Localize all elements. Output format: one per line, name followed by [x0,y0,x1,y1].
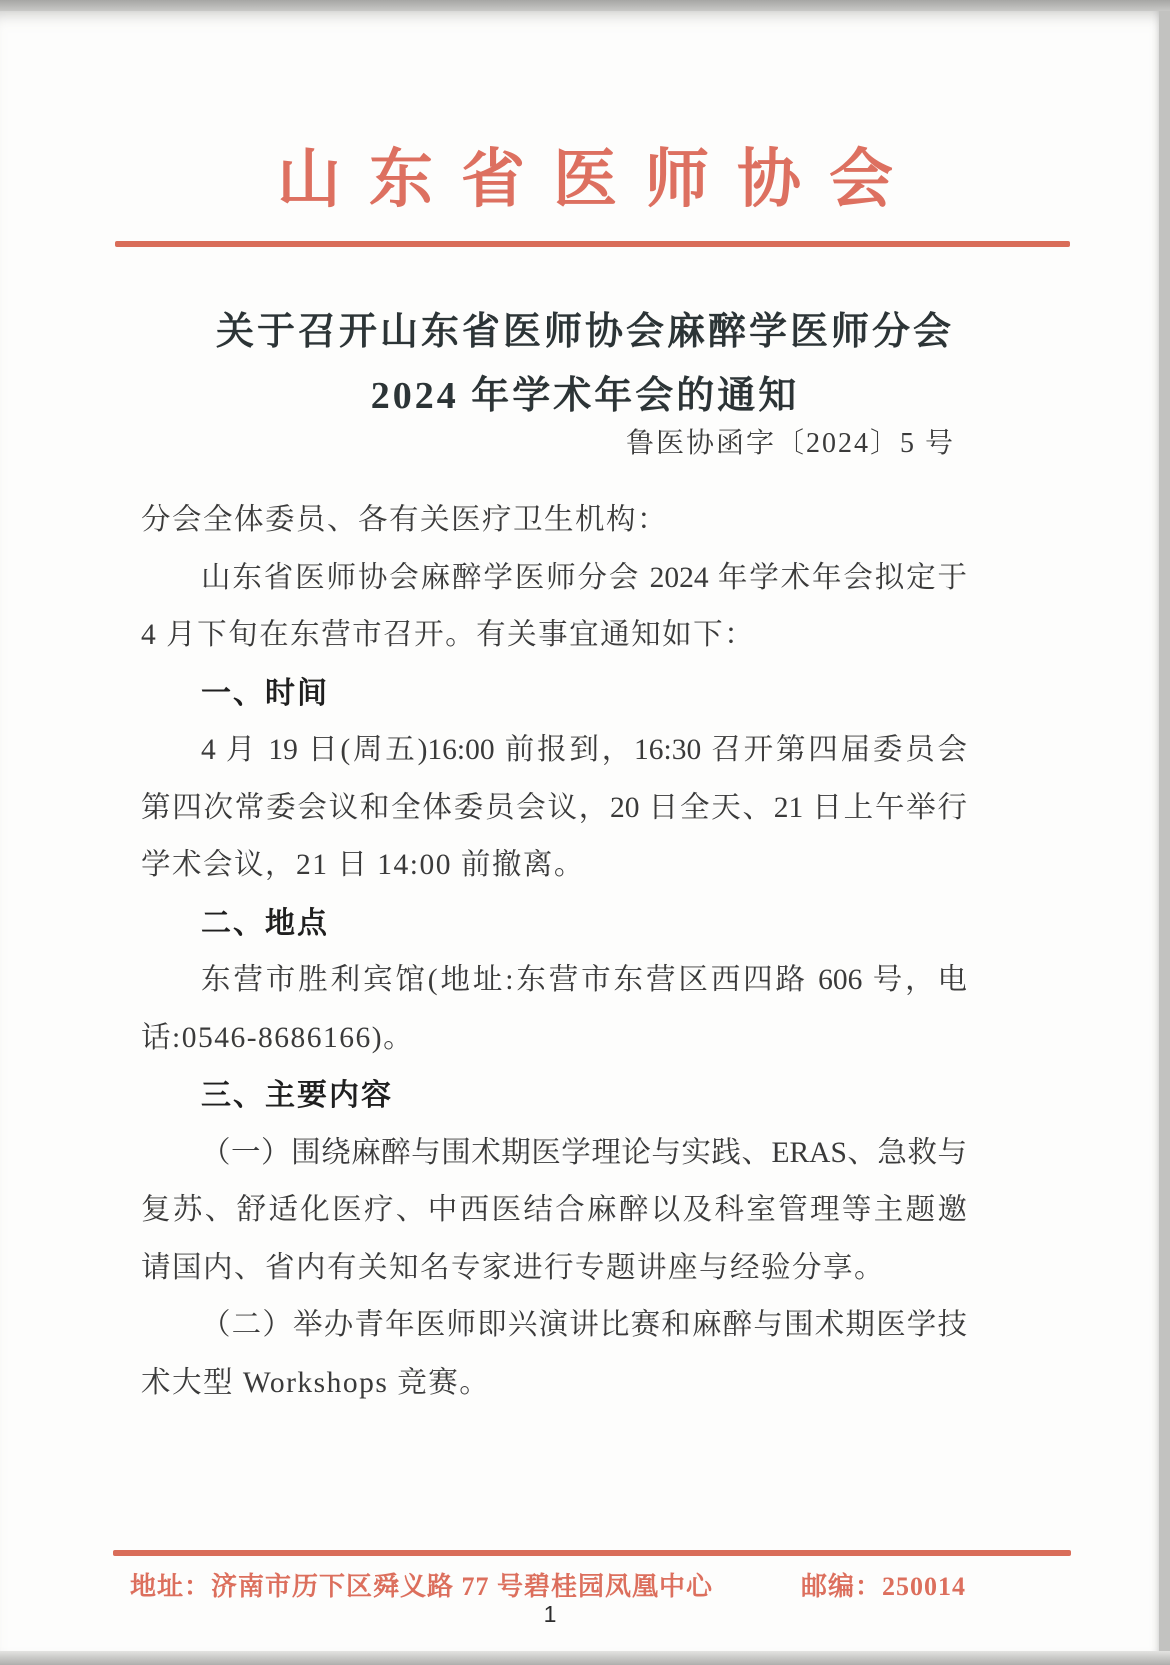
document-body-line: 第四次常委会议和全体委员会议，20 日全天、21 日上午举行 [141,780,967,838]
document-reference-number: 鲁医协函字〔2024〕5 号 [0,421,955,461]
document-footer: 地址：济南市历下区舜义路 77 号碧桂园凤凰中心 邮编：250014 [130,1566,966,1603]
photo-edge-top [0,0,1170,11]
document-body-line: 4 月下旬在东营市召开。有关事宜通知如下： [141,607,967,665]
document-body-line: 分会全体委员、各有关医疗卫生机构： [141,492,967,550]
document-body-line: 请国内、省内有关知名专家进行专题讲座与经验分享。 [141,1240,967,1298]
document-title-line1: 关于召开山东省医师协会麻醉学医师分会 [0,300,1170,364]
document-body-line: 三、主要内容 [141,1067,967,1125]
document-body-line: 术大型 Workshops 竞赛。 [141,1355,967,1413]
photo-edge-bottom [0,1651,1170,1665]
footer-address: 地址：济南市历下区舜义路 77 号碧桂园凤凰中心 [130,1566,713,1603]
document-body-line: 山东省医师协会麻醉学医师分会 2024 年学术年会拟定于 [141,550,967,608]
document-body: 分会全体委员、各有关医疗卫生机构： 山东省医师协会麻醉学医师分会 2024 年学… [141,492,967,1412]
document-title-line2: 2024 年学术年会的通知 [0,364,1170,428]
page-number: 1 [0,1601,1100,1628]
document-title: 关于召开山东省医师协会麻醉学医师分会 2024 年学术年会的通知 [0,300,1170,428]
document-body-line: 二、地点 [141,895,967,953]
document-body-line: 话:0546-8686166)。 [141,1010,967,1068]
letterhead-org-name: 山东省医师协会 [0,128,1170,220]
photo-edge-right [1159,11,1170,1651]
document-body-line: （二）举办青年医师即兴演讲比赛和麻醉与围术期医学技 [141,1297,967,1355]
photo-of-document: 山东省医师协会 关于召开山东省医师协会麻醉学医师分会 2024 年学术年会的通知… [0,0,1170,1665]
document-body-line: 东营市胜利宾馆(地址:东营市东营区西四路 606 号，电 [141,952,967,1010]
document-body-line: 复苏、舒适化医疗、中西医结合麻醉以及科室管理等主题邀 [141,1182,967,1240]
footer-postcode: 邮编：250014 [801,1566,966,1603]
document-body-line: 4 月 19 日(周五)16:00 前报到，16:30 召开第四届委员会 [141,722,967,780]
footer-divider-line [113,1550,1071,1556]
document-body-line: 一、时间 [141,665,967,723]
letterhead-divider-line [115,241,1070,247]
document-body-line: 学术会议，21 日 14:00 前撤离。 [141,837,967,895]
document-body-line: （一）围绕麻醉与围术期医学理论与实践、ERAS、急救与 [141,1125,967,1183]
